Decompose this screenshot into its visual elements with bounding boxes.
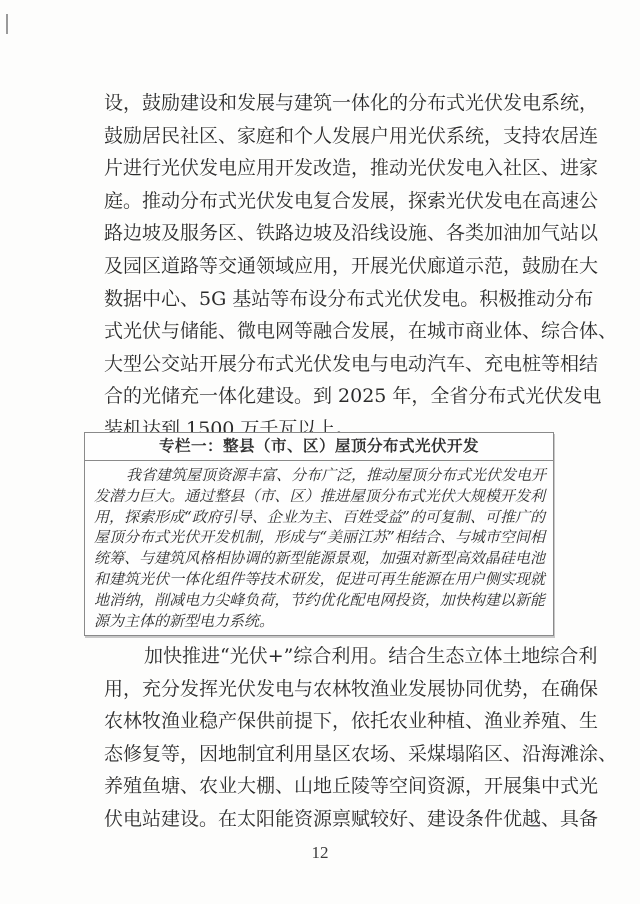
text-line: 加快推进“光伏+”综合利用。结合生态立体土地综合利 xyxy=(104,640,554,673)
callout-line: 地消纳，削减电力尖峰负荷，节约优化配电网投资，加快构建以新能 xyxy=(94,590,545,611)
callout-title: 专栏一：整县（市、区）屋顶分布式光伏开发 xyxy=(85,433,553,461)
text-line: 态修复等，因地制宜利用垦区农场、采煤塌陷区、沿海滩涂、 xyxy=(104,738,554,771)
text-line: 大型公交站开展分布式光伏发电与电动汽车、充电桩等相结 xyxy=(104,348,554,381)
text-line: 用，充分发挥光伏发电与农林牧渔业发展协同优势，在确保 xyxy=(104,673,554,706)
text-line: 数据中心、5G 基站等布设分布式光伏发电。积极推动分布 xyxy=(104,283,554,316)
callout-box-rooftop-pv: 专栏一：整县（市、区）屋顶分布式光伏开发 我省建筑屋顶资源丰富、分布广泛，推动屋… xyxy=(84,432,554,636)
text-line: 片进行光伏发电应用开发改造，推动光伏发电入社区、进家 xyxy=(104,152,554,185)
text-line: 鼓励居民社区、家庭和个人发展户用光伏系统，支持农居连 xyxy=(104,120,554,153)
text-line: 路边坡及服务区、铁路边坡及沿线设施、各类加油加气站以 xyxy=(104,217,554,250)
callout-line: 源为主体的新型电力系统。 xyxy=(94,611,545,632)
page-number: 12 xyxy=(0,843,640,863)
callout-line: 我省建筑屋顶资源丰富、分布广泛，推动屋顶分布式光伏发电开 xyxy=(94,465,545,486)
text-line: 庭。推动分布式光伏发电复合发展，探索光伏发电在高速公 xyxy=(104,185,554,218)
text-line: 设，鼓励建设和发展与建筑一体化的分布式光伏发电系统， xyxy=(104,87,554,120)
paragraph-pv-plus: 加快推进“光伏+”综合利用。结合生态立体土地综合利 用，充分发挥光伏发电与农林牧… xyxy=(104,640,554,836)
callout-line: 统筹、与建筑风格相协调的新型能源景观，加强对新型高效晶硅电池 xyxy=(94,548,545,569)
callout-line: 用，探索形成“政府引导、企业为主、百姓受益”的可复制、可推广的 xyxy=(94,507,545,528)
text-line: 养殖鱼塘、农业大棚、山地丘陵等空间资源，开展集中式光 xyxy=(104,770,554,803)
text-line: 及园区道路等交通领域应用，开展光伏廊道示范，鼓励在大 xyxy=(104,250,554,283)
callout-line: 发潜力巨大。通过整县（市、区）推进屋顶分布式光伏大规模开发利 xyxy=(94,486,545,507)
text-line: 合的光储充一体化建设。到 2025 年，全省分布式光伏发电 xyxy=(104,380,554,413)
callout-line: 和建筑光伏一体化组件等技术研发，促进可再生能源在用户侧实现就 xyxy=(94,569,545,590)
text-line: 农林牧渔业稳产保供前提下，依托农业种植、渔业养殖、生 xyxy=(104,705,554,738)
callout-line: 屋顶分布式光伏开发机制，形成与“美丽江苏”相结合、与城市空间相 xyxy=(94,527,545,548)
text-line: 伏电站建设。在太阳能资源禀赋较好、建设条件优越、具备 xyxy=(104,803,554,836)
scan-artifact xyxy=(6,14,8,34)
paragraph-distributed-pv: 设，鼓励建设和发展与建筑一体化的分布式光伏发电系统， 鼓励居民社区、家庭和个人发… xyxy=(104,87,554,446)
callout-body: 我省建筑屋顶资源丰富、分布广泛，推动屋顶分布式光伏发电开 发潜力巨大。通过整县（… xyxy=(85,461,553,631)
text-line: 式光伏与储能、微电网等融合发展，在城市商业体、综合体、 xyxy=(104,315,554,348)
